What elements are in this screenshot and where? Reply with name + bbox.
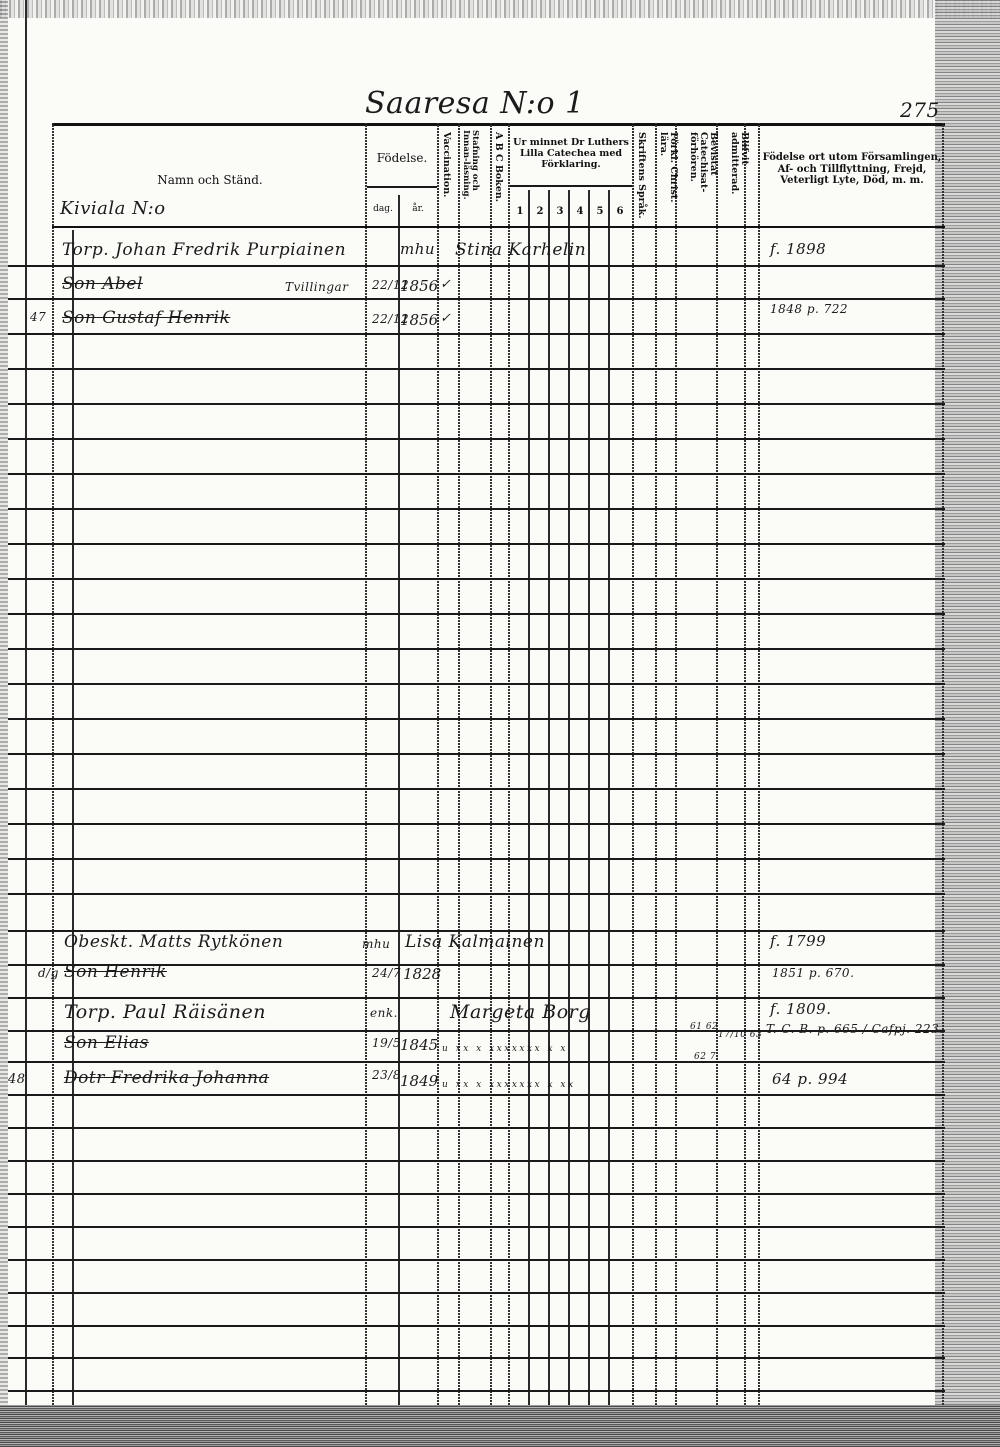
row-line: [8, 788, 945, 790]
col-line-cat-start: [508, 123, 510, 1408]
scan-edge-right: [935, 0, 1000, 1447]
catechism-header-rule: [510, 185, 632, 187]
header-catechism-proven: Bevistat Catechisat-förhören.: [688, 132, 718, 227]
row-line: [8, 438, 945, 440]
header-scripture: Skriftens Språk.: [636, 132, 646, 222]
col-line-left: [52, 123, 54, 1408]
entry-catechism-proven: 61 62: [690, 1022, 718, 1032]
entry-spouse: Stina Karhelin: [455, 240, 586, 260]
col-line-abc: [490, 123, 492, 1408]
entry-remarks: T. C. B. p. 665 / Cafpj. 223.: [766, 1022, 944, 1036]
row-line: [8, 893, 945, 895]
row-line: [8, 1094, 945, 1096]
entry-birth-day: 24/7: [372, 966, 401, 980]
scan-edge-bottom: [0, 1405, 1000, 1447]
entry-reading-marks: u xx x xxxxxxx x xx: [442, 1080, 576, 1090]
row-line: [8, 1127, 945, 1129]
row-line: [8, 298, 945, 300]
header-christian: Förkl. Christ. lära.: [658, 132, 678, 227]
row-line: [8, 1325, 945, 1327]
row-line: [8, 368, 945, 370]
row-line: [8, 1390, 945, 1392]
col-line-reading: [458, 123, 460, 1408]
entry-admitted: 17/10 63: [718, 1030, 762, 1040]
parish-register-page: Saaresa N:o 1 275 Namn och Ständ. Kivial…: [0, 0, 1000, 1447]
row-line: [8, 508, 945, 510]
col-line-right: [942, 123, 944, 1408]
entry-birth-year: 1856: [400, 311, 438, 329]
row-line: [8, 265, 945, 267]
village-label: Kiviala N:o: [60, 198, 166, 219]
entry-remarks: 1851 p. 670.: [772, 966, 854, 980]
row-line: [8, 1226, 945, 1228]
entry-status: mhu: [362, 937, 390, 951]
row-line: [8, 1292, 945, 1294]
entry-reading-marks: u xx x xxxxxxx x x: [442, 1044, 568, 1054]
header-remarks: Födelse ort utom Församlingen, Af- och T…: [762, 152, 942, 187]
birth-header-rule: [367, 186, 437, 188]
col-line-proven: [675, 123, 677, 1408]
entry-catechism-proven: 62 7.: [694, 1052, 719, 1062]
entry-birth-year: 1845: [400, 1036, 438, 1054]
row-line: [8, 753, 945, 755]
header-admitted: Blifvit admitterad.: [729, 132, 749, 222]
entry-name: Torp. Johan Fredrik Purpiainen: [62, 240, 346, 260]
entry-status: enk.: [370, 1006, 398, 1020]
entry-margin-number: 47: [30, 310, 46, 324]
header-cat-2: 2: [530, 206, 550, 218]
col-line-christian: [655, 123, 657, 1408]
header-cat-1: 1: [510, 206, 530, 218]
entry-birth-year: 1849: [400, 1072, 438, 1090]
col-line-admitted-start: [716, 123, 718, 1408]
table-top-rule: [52, 123, 945, 126]
page-number: 275: [900, 98, 940, 122]
row-line: [8, 578, 945, 580]
page-title: Saaresa N:o 1: [365, 86, 585, 121]
row-line: [8, 333, 945, 335]
header-name: Namn och Ständ.: [100, 174, 320, 188]
col-line-remarks: [758, 123, 760, 1408]
header-birth: Födelse.: [367, 152, 437, 166]
row-line: [8, 473, 945, 475]
entry-remarks: f. 1809.: [770, 1000, 832, 1018]
row-line: [8, 1160, 945, 1162]
row-line: [8, 648, 945, 650]
entry-remarks: f. 1799: [770, 932, 826, 950]
entry-name: Dotr Fredrika Johanna: [64, 1068, 269, 1088]
header-bottom-rule: [52, 226, 945, 228]
vaccination-check-icon: ✓: [440, 277, 451, 292]
header-cat-4: 4: [570, 206, 590, 218]
col-line-admitted: [744, 123, 746, 1408]
header-birth-day: dag.: [368, 204, 398, 214]
scan-edge-top: [0, 0, 1000, 18]
entry-name: Son Gustaf Henrik: [62, 308, 230, 328]
entry-note: Tvillingar: [285, 280, 348, 294]
row-line: [8, 718, 945, 720]
entry-birth-year: 1856: [400, 277, 438, 295]
header-abc: A B C Boken.: [493, 132, 503, 222]
entry-margin-note: d/g: [38, 966, 59, 980]
header-cat-6: 6: [610, 206, 630, 218]
row-line: [8, 1061, 945, 1063]
header-reading: Stafning och Innan-läsning.: [461, 130, 479, 220]
entry-birth-year: 1828: [403, 965, 441, 983]
margin-line-outer: [25, 0, 27, 1447]
row-line: [8, 997, 945, 999]
entry-remarks: 64 p. 994: [772, 1070, 848, 1088]
row-line: [8, 1193, 945, 1195]
entry-margin-number: 48: [8, 1072, 26, 1087]
entry-name: Obeskt. Matts Rytkönen: [64, 932, 283, 952]
entry-name: Son Elias: [64, 1033, 149, 1053]
entry-name: Son Abel: [62, 274, 143, 294]
header-cat-5: 5: [590, 206, 610, 218]
col-line-birth: [365, 123, 367, 1408]
entry-spouse: Lisa Kalmainen: [405, 932, 545, 952]
row-line: [8, 1259, 945, 1261]
header-birth-year: år.: [400, 204, 436, 214]
row-line: [8, 613, 945, 615]
margin-line: [72, 230, 74, 1410]
entry-remarks: f. 1898: [770, 240, 826, 258]
row-line: [8, 1357, 945, 1359]
entry-name: Son Henrik: [64, 962, 167, 982]
header-cat-3: 3: [550, 206, 570, 218]
row-line: [8, 543, 945, 545]
header-vaccination: Vaccination.: [441, 132, 451, 222]
col-line-scripture: [632, 123, 634, 1408]
entry-birth-day: 19/5: [372, 1036, 401, 1050]
entry-remarks: 1848 p. 722: [770, 302, 848, 316]
scan-edge-left: [0, 0, 8, 1447]
entry-name: Torp. Paul Räisänen: [64, 1001, 266, 1023]
entry-spouse: Margeta Borg: [450, 1001, 591, 1023]
entry-birth-day: 23/8: [372, 1068, 401, 1082]
row-line: [8, 403, 945, 405]
row-line: [8, 683, 945, 685]
row-line: [8, 858, 945, 860]
entry-status: mhu: [400, 240, 435, 258]
vaccination-check-icon: ✓: [440, 311, 451, 326]
header-catechism: Ur minnet Dr Luthers Lilla Catechea med …: [509, 138, 633, 171]
row-line: [8, 823, 945, 825]
